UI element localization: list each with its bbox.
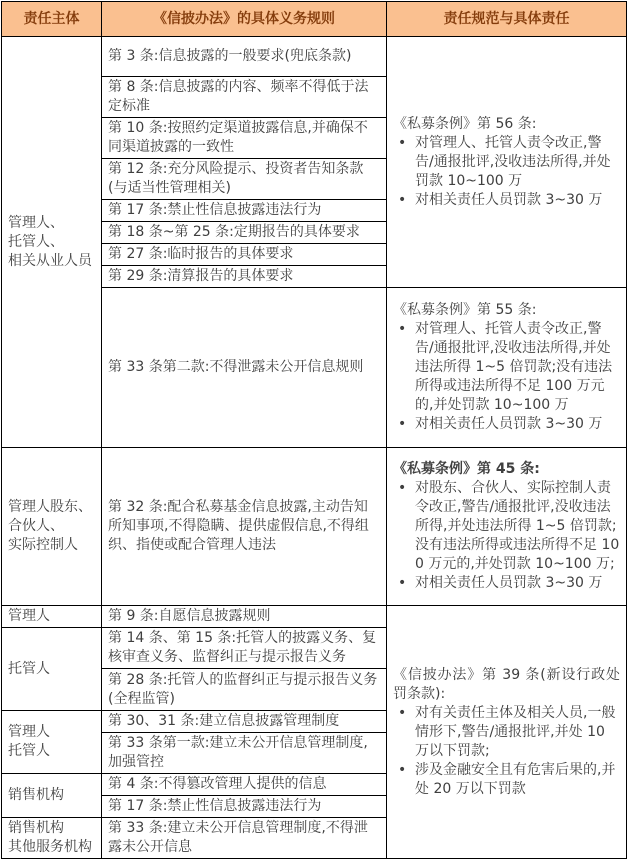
- rule-cell-article-18-25: 第 18 条~第 25 条:定期报告的具体要求: [102, 222, 387, 244]
- penalty-cell-article-56: 《私募条例》第 56 条: 对管理人、托管人责令改正,警告/通报批评,没收违法所…: [387, 37, 627, 288]
- rule-cell-article-4: 第 4 条:不得篡改管理人提供的信息: [102, 774, 387, 796]
- penalty-bullet-list-55: 对管理人、托管人责令改正,警告/通报批评,没收违法所得,并处违法所得 1~5 倍…: [393, 320, 620, 434]
- penalty-bullet-item: 对管理人、托管人责令改正,警告/通报批评,没收违法所得,并处违法所得 1~5 倍…: [393, 320, 620, 415]
- penalty-bullet-list-39: 对有关责任主体及相关人员,一般情形下,警告/通报批评,并处 10 万以下罚款; …: [393, 704, 620, 799]
- rule-cell-article-17-sales: 第 17 条:禁止性信息披露违法行为: [102, 796, 387, 818]
- rule-cell-article-29: 第 29 条:清算报告的具体要求: [102, 266, 387, 288]
- penalty-title-56: 《私募条例》第 56 条:: [393, 115, 620, 134]
- header-rules-col: 《信披办法》的具体义务规则: [102, 2, 387, 37]
- rule-cell-article-27: 第 27 条:临时报告的具体要求: [102, 244, 387, 266]
- header-subject-col: 责任主体: [2, 2, 102, 37]
- rule-cell-article-33: 第 33 条:建立未公开信息管理制度,不得泄露未公开信息: [102, 818, 387, 859]
- rule-cell-article-9: 第 9 条:自愿信息披露规则: [102, 606, 387, 628]
- penalty-bullet-list-45: 对股东、合伙人、实际控制人责令改正,警告/通报批评,没收违法所得,并处违法所得 …: [393, 479, 620, 593]
- table-row: 管理人 第 9 条:自愿信息披露规则 《信披办法》第 39 条(新设行政处罚条款…: [2, 606, 627, 628]
- liability-table: 责任主体 《信披办法》的具体义务规则 责任规范与具体责任 管理人、 托管人、 相…: [1, 1, 627, 859]
- subject-cell-manager: 管理人: [2, 606, 102, 628]
- penalty-bullet-item: 对相关责任人员罚款 3~30 万: [393, 415, 620, 434]
- rule-cell-article-12: 第 12 条:充分风险提示、投资者告知条款(与适当性管理相关): [102, 159, 387, 200]
- subject-cell-managers-trustees-staff: 管理人、 托管人、 相关从业人员: [2, 37, 102, 448]
- penalty-cell-article-45: 《私募条例》第 45 条: 对股东、合伙人、实际控制人责令改正,警告/通报批评,…: [387, 448, 627, 606]
- table-row: 管理人、 托管人、 相关从业人员 第 3 条:信息披露的一般要求(兜底条款) 《…: [2, 37, 627, 77]
- penalty-cell-article-39: 《信披办法》第 39 条(新设行政处罚条款): 对有关责任主体及相关人员,一般情…: [387, 606, 627, 859]
- penalty-bullet-item: 对相关责任人员罚款 3~30 万: [393, 191, 620, 210]
- rule-cell-article-14-15: 第 14 条、第 15 条:托管人的披露义务、复核审查义务、监督纠正与提示报告义…: [102, 628, 387, 669]
- penalty-cell-article-55: 《私募条例》第 55 条: 对管理人、托管人责令改正,警告/通报批评,没收违法所…: [387, 288, 627, 448]
- subject-cell-sales-agency: 销售机构: [2, 774, 102, 818]
- rule-cell-article-3: 第 3 条:信息披露的一般要求(兜底条款): [102, 37, 387, 77]
- penalty-bullet-item: 涉及金融安全且有危害后果的,并处 20 万以下罚款: [393, 761, 620, 799]
- header-row: 责任主体 《信披办法》的具体义务规则 责任规范与具体责任: [2, 2, 627, 37]
- rule-cell-article-32: 第 32 条:配合私募基金信息披露,主动告知所知事项,不得隐瞒、提供虚假信息,不…: [102, 448, 387, 606]
- subject-cell-sales-other-services: 销售机构 其他服务机构: [2, 818, 102, 859]
- penalty-bullet-item: 对管理人、托管人责令改正,警告/通报批评,没收违法所得,并处罚款 10~100 …: [393, 134, 620, 191]
- penalty-bullet-list-56: 对管理人、托管人责令改正,警告/通报批评,没收违法所得,并处罚款 10~100 …: [393, 134, 620, 210]
- penalty-bullet-item: 对股东、合伙人、实际控制人责令改正,警告/通报批评,没收违法所得,并处违法所得 …: [393, 479, 620, 574]
- rule-cell-article-33-1: 第 33 条第一款:建立未公开信息管理制度,加强管控: [102, 733, 387, 774]
- header-liability-col: 责任规范与具体责任: [387, 2, 627, 37]
- subject-cell-manager-trustee: 管理人 托管人: [2, 711, 102, 774]
- rule-cell-article-28: 第 28 条:托管人的监督纠正与提示报告义务(全程监管): [102, 669, 387, 711]
- rule-cell-article-33-2: 第 33 条第二款:不得泄露未公开信息规则: [102, 288, 387, 448]
- table-row: 管理人股东、 合伙人、 实际控制人 第 32 条:配合私募基金信息披露,主动告知…: [2, 448, 627, 606]
- penalty-bullet-item: 对相关责任人员罚款 3~30 万: [393, 574, 620, 593]
- penalty-bullet-item: 对有关责任主体及相关人员,一般情形下,警告/通报批评,并处 10 万以下罚款;: [393, 704, 620, 761]
- rule-cell-article-8: 第 8 条:信息披露的内容、频率不得低于法定标准: [102, 77, 387, 118]
- rule-cell-article-30-31: 第 30、31 条:建立信息披露管理制度: [102, 711, 387, 733]
- rule-cell-article-10: 第 10 条:按照约定渠道披露信息,并确保不同渠道披露的一致性: [102, 118, 387, 159]
- penalty-title-39: 《信披办法》第 39 条(新设行政处罚条款):: [393, 666, 620, 704]
- penalty-title-55: 《私募条例》第 55 条:: [393, 301, 620, 320]
- penalty-title-45: 《私募条例》第 45 条:: [393, 460, 620, 479]
- rule-cell-article-17: 第 17 条:禁止性信息披露违法行为: [102, 200, 387, 222]
- subject-cell-shareholders-partners-controllers: 管理人股东、 合伙人、 实际控制人: [2, 448, 102, 606]
- subject-cell-trustee: 托管人: [2, 628, 102, 711]
